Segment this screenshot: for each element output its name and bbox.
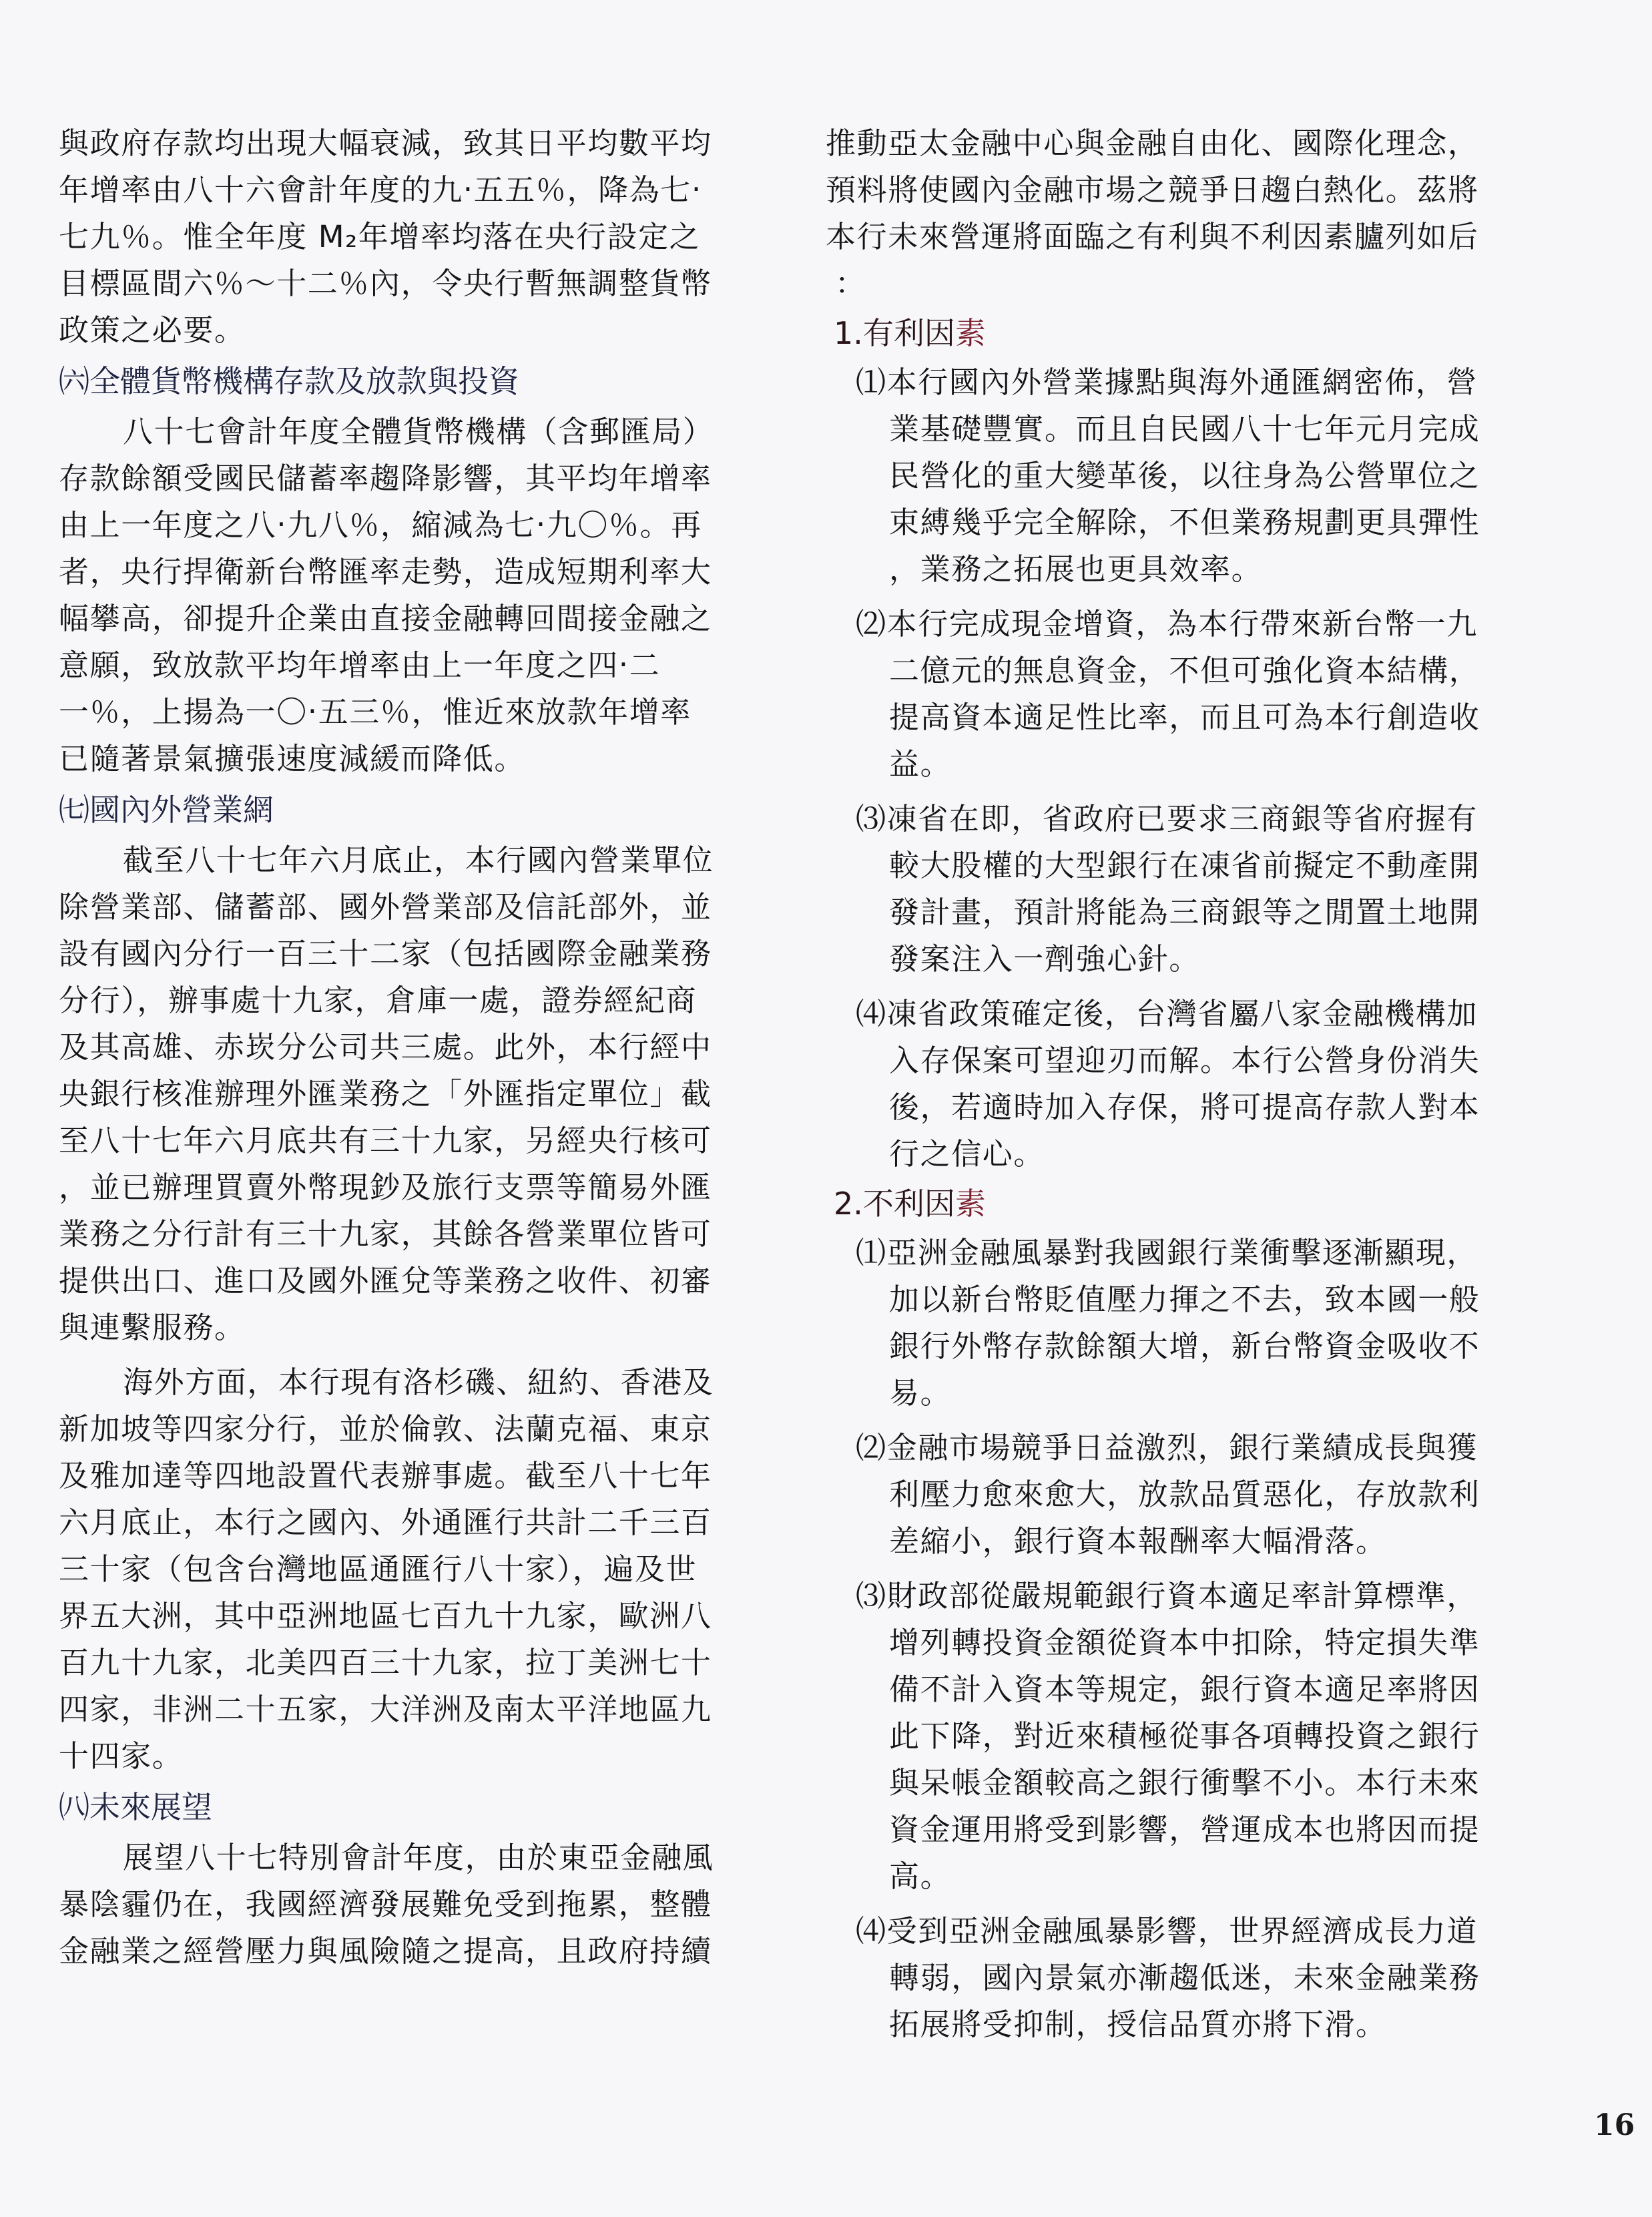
list-item-line: ⑷受到亞洲金融風暴影響，世界經濟成長力道 (826, 1908, 1520, 1955)
list-item-line: 銀行外幣存款餘額大增，新台幣資金吸收不 (826, 1323, 1520, 1370)
list-item-line: 加以新台幣貶值壓力揮之不去，致本國一般 (826, 1276, 1520, 1323)
list-item-line: ⑴亞洲金融風暴對我國銀行業衝擊逐漸顯現， (826, 1230, 1520, 1276)
text-line: 七九％。惟全年度 M₂年增率均落在央行設定之 (59, 214, 740, 260)
list-item-line: 資金運用將受到影響，營運成本也將因而提 (826, 1806, 1520, 1853)
text-line: 十四家。 (59, 1733, 740, 1780)
text-line: 分行），辦事處十九家，倉庫一處，證券經紀商 (59, 977, 740, 1024)
list-item-line: 益。 (826, 741, 1520, 788)
list-item-line: ⑶財政部從嚴規範銀行資本適足率計算標準， (826, 1573, 1520, 1620)
text-line: 者，央行捍衛新台幣匯率走勢，造成短期利率大 (59, 549, 740, 595)
text-line: 展望八十七特別會計年度，由於東亞金融風 (59, 1834, 740, 1881)
list-item-line: ⑴本行國內外營業據點與海外通匯網密佈，營 (826, 359, 1520, 406)
text-line: 一％，上揚為一〇‧五三％，惟近來放款年增率 (59, 689, 740, 736)
list-item-line: 與呆帳金額較高之銀行衝擊不小。本行未來 (826, 1760, 1520, 1806)
list-item-line: 轉弱，國內景氣亦漸趨低迷，未來金融業務 (826, 1955, 1520, 2001)
list-item-line: 民營化的重大變革後，以往身為公營單位之 (826, 453, 1520, 499)
unfavorable-item: ⑴亞洲金融風暴對我國銀行業衝擊逐漸顯現， 加以新台幣貶值壓力揮之不去，致本國一般… (826, 1230, 1520, 1417)
heading-label: 不利因 (863, 1186, 955, 1222)
favorable-item: ⑵本行完成現金增資，為本行帶來新台幣一九 二億元的無息資金，不但可強化資本結構，… (826, 601, 1520, 788)
favorable-item: ⑷凍省政策確定後，台灣省屬八家金融機構加 入存保案可望迎刃而解。本行公營身份消失… (826, 991, 1520, 1178)
text-line: 八十七會計年度全體貨幣機構（含郵匯局） (59, 409, 740, 455)
page-number: 16 (1594, 2108, 1635, 2142)
unfavorable-item: ⑵金融市場競爭日益激烈，銀行業績成長與獲 利壓力愈來愈大，放款品質惡化，存放款利… (826, 1425, 1520, 1565)
unfavorable-item: ⑷受到亞洲金融風暴影響，世界經濟成長力道 轉弱，國內景氣亦漸趨低迷，未來金融業務… (826, 1908, 1520, 2048)
text-line: ： (826, 260, 1520, 307)
favorable-item: ⑶凍省在即，省政府已要求三商銀等省府握有 較大股權的大型銀行在凍省前擬定不動產開… (826, 796, 1520, 983)
heading-label-accent: 素 (955, 1186, 986, 1222)
list-item-line: ⑵本行完成現金增資，為本行帶來新台幣一九 (826, 601, 1520, 648)
list-item-line: 業基礎豐實。而且自民國八十七年元月完成 (826, 406, 1520, 453)
text-line: 央銀行核准辦理外匯業務之「外匯指定單位」截 (59, 1071, 740, 1118)
list-item-line: 增列轉投資金額從資本中扣除，特定損失準 (826, 1620, 1520, 1666)
list-item-line: 拓展將受抑制，授信品質亦將下滑。 (826, 2001, 1520, 2048)
text-line: 本行未來營運將面臨之有利與不利因素臚列如后 (826, 214, 1520, 260)
list-item-line: 行之信心。 (826, 1131, 1520, 1178)
list-item-line: ⑶凍省在即，省政府已要求三商銀等省府握有 (826, 796, 1520, 842)
heading-number: 2. (834, 1186, 863, 1222)
text-line: 暴陰霾仍在，我國經濟發展難免受到拖累，整體 (59, 1881, 740, 1928)
heading-number: 1. (834, 315, 863, 351)
list-item-line: 束縛幾乎完全解除，不但業務規劃更具彈性 (826, 499, 1520, 546)
list-item-line: 此下降，對近來積極從事各項轉投資之銀行 (826, 1713, 1520, 1760)
unfavorable-item: ⑶財政部從嚴規範銀行資本適足率計算標準， 增列轉投資金額從資本中扣除，特定損失準… (826, 1573, 1520, 1900)
text-line: 界五大洲，其中亞洲地區七百九十九家，歐洲八 (59, 1593, 740, 1640)
text-line: 及其高雄、赤崁分公司共三處。此外，本行經中 (59, 1024, 740, 1071)
favorable-factors-heading: 1.有利因素 (826, 310, 1520, 356)
text-line: 幅攀高，卻提升企業由直接金融轉回間接金融之 (59, 595, 740, 642)
text-line: 政策之必要。 (59, 307, 740, 354)
text-line: 與連繫服務。 (59, 1304, 740, 1351)
list-item-line: 發計畫，預計將能為三商銀等之閒置土地開 (826, 889, 1520, 936)
text-line: 及雅加達等四地設置代表辦事處。截至八十七年 (59, 1453, 740, 1499)
list-item-line: 利壓力愈來愈大，放款品質惡化，存放款利 (826, 1471, 1520, 1518)
heading-label: 有利因 (863, 315, 955, 351)
text-line: 新加坡等四家分行，並於倫敦、法蘭克福、東京 (59, 1406, 740, 1453)
list-item-line: 發案注入一劑強心針。 (826, 936, 1520, 983)
text-line: 至八十七年六月底共有三十九家，另經央行核可 (59, 1118, 740, 1164)
text-line: 業務之分行計有三十九家，其餘各營業單位皆可 (59, 1211, 740, 1258)
text-line: 已隨著景氣擴張速度減緩而降低。 (59, 736, 740, 782)
unfavorable-factors-heading: 2.不利因素 (826, 1180, 1520, 1227)
text-line: 年增率由八十六會計年度的九‧五五％，降為七‧ (59, 167, 740, 214)
favorable-item: ⑴本行國內外營業據點與海外通匯網密佈，營 業基礎豐實。而且自民國八十七年元月完成… (826, 359, 1520, 593)
text-line: 提供出口、進口及國外匯兌等業務之收件、初審 (59, 1258, 740, 1304)
text-line: 與政府存款均出現大幅衰減，致其日平均數平均 (59, 120, 740, 167)
outlook-continuation: 推動亞太金融中心與金融自由化、國際化理念， 預料將使國內金融市場之競爭日趨白熱化… (826, 120, 1520, 307)
list-item-line: ⑵金融市場競爭日益激烈，銀行業績成長與獲 (826, 1425, 1520, 1471)
text-line: 四家，非洲二十五家，大洋洲及南太平洋地區九 (59, 1686, 740, 1733)
heading-label-accent: 素 (955, 315, 986, 351)
section-heading-outlook: ㈧未來展望 (59, 1784, 740, 1830)
text-line: 意願，致放款平均年增率由上一年度之四‧二 (59, 642, 740, 689)
list-item-line: ，業務之拓展也更具效率。 (826, 546, 1520, 593)
right-column: 推動亞太金融中心與金融自由化、國際化理念， 預料將使國內金融市場之競爭日趨白熱化… (826, 120, 1520, 2048)
list-item-line: 高。 (826, 1853, 1520, 1900)
text-line: 六月底止，本行之國內、外通匯行共計二千三百 (59, 1499, 740, 1546)
text-line: 存款餘額受國民儲蓄率趨降影響，其平均年增率 (59, 455, 740, 502)
text-line: 三十家（包含台灣地區通匯行八十家），遍及世 (59, 1546, 740, 1593)
text-line: 推動亞太金融中心與金融自由化、國際化理念， (826, 120, 1520, 167)
text-line: 百九十九家，北美四百三十九家，拉丁美洲七十 (59, 1640, 740, 1686)
text-line: ，並已辦理買賣外幣現鈔及旅行支票等簡易外匯 (59, 1164, 740, 1211)
text-line: 預料將使國內金融市場之競爭日趨白熱化。茲將 (826, 167, 1520, 214)
intro-paragraph: 與政府存款均出現大幅衰減，致其日平均數平均 年增率由八十六會計年度的九‧五五％，… (59, 120, 740, 354)
list-item-line: 差縮小，銀行資本報酬率大幅滑落。 (826, 1518, 1520, 1565)
list-item-line: 易。 (826, 1370, 1520, 1417)
list-item-line: ⑷凍省政策確定後，台灣省屬八家金融機構加 (826, 991, 1520, 1037)
list-item-line: 二億元的無息資金，不但可強化資本結構， (826, 648, 1520, 694)
text-line: 海外方面，本行現有洛杉磯、紐約、香港及 (59, 1359, 740, 1406)
text-line: 設有國內分行一百三十二家（包括國際金融業務 (59, 931, 740, 977)
list-item-line: 提高資本適足性比率，而且可為本行創造收 (826, 694, 1520, 741)
section-heading-business-network: ㈦國內外營業網 (59, 786, 740, 833)
list-item-line: 備不計入資本等規定，銀行資本適足率將因 (826, 1666, 1520, 1713)
section-body-deposits-loans: 八十七會計年度全體貨幣機構（含郵匯局） 存款餘額受國民儲蓄率趨降影響，其平均年增… (59, 409, 740, 782)
section-body-domestic-network: 截至八十七年六月底止，本行國內營業單位 除營業部、儲蓄部、國外營業部及信託部外，… (59, 837, 740, 1351)
text-line: 金融業之經營壓力與風險隨之提高，且政府持續 (59, 1928, 740, 1975)
list-item-line: 入存保案可望迎刃而解。本行公營身份消失 (826, 1037, 1520, 1084)
list-item-line: 後，若適時加入存保，將可提高存款人對本 (826, 1084, 1520, 1131)
left-column: 與政府存款均出現大幅衰減，致其日平均數平均 年增率由八十六會計年度的九‧五五％，… (59, 120, 740, 1975)
list-item-line: 較大股權的大型銀行在凍省前擬定不動產開 (826, 842, 1520, 889)
section-heading-deposits-loans: ㈥全體貨幣機構存款及放款與投資 (59, 358, 740, 405)
section-body-outlook: 展望八十七特別會計年度，由於東亞金融風 暴陰霾仍在，我國經濟發展難免受到拖累，整… (59, 1834, 740, 1975)
text-line: 目標區間六％～十二％內，令央行暫無調整貨幣 (59, 260, 740, 307)
section-body-overseas-network: 海外方面，本行現有洛杉磯、紐約、香港及 新加坡等四家分行，並於倫敦、法蘭克福、東… (59, 1359, 740, 1780)
text-line: 由上一年度之八‧九八％，縮減為七‧九〇％。再 (59, 502, 740, 549)
text-line: 截至八十七年六月底止，本行國內營業單位 (59, 837, 740, 884)
text-line: 除營業部、儲蓄部、國外營業部及信託部外，並 (59, 884, 740, 931)
